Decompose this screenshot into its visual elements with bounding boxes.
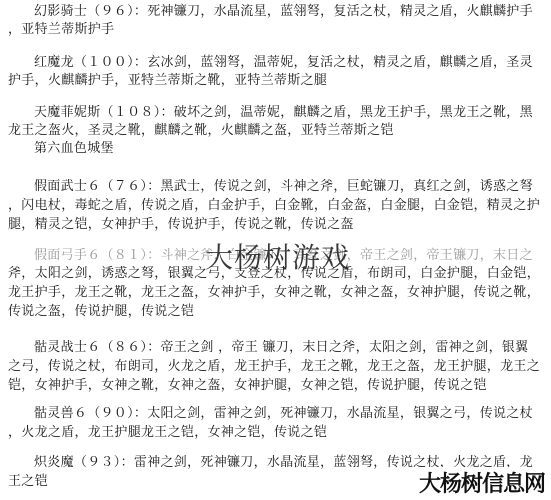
text-line: 假面武士６（７６）：黑武士，传说之剑，斗神之斧，巨蛇镰刀，真红之剑，诱惑之弩 bbox=[34, 177, 551, 196]
text-line: 幻影骑士（９６）：死神镰刀，水晶流星，蓝翎弩，复活之杖，精灵之盾，火麒麟护手 bbox=[34, 2, 551, 21]
text-line: ，亚特兰蒂斯护手 bbox=[8, 20, 548, 39]
text-line: 铠，女神护手，女神之靴，女神之盔，女神护腿，女神之铠，传说护腿，传说之铠 bbox=[8, 376, 548, 395]
text-line: 龙王护手，龙王之靴，龙王之盔，女神护手，女神之靴，女神之盔，女神护腿，传说之靴， bbox=[8, 283, 548, 302]
text-line: 腿，精灵之铠，女神护手，传说护手，传说之靴，传说之盔 bbox=[8, 215, 548, 234]
text-line: ，闪电杖，毒蛇之盾，传说之盾，白金护手，白金靴，白金盔，白金腿，白金铠，精灵之护 bbox=[8, 196, 548, 215]
center-watermark: 大杨树游戏 bbox=[205, 236, 350, 276]
text-line: ，火龙之盾，龙王护腿龙王之铠，女神之铠，传说之铠 bbox=[8, 423, 548, 442]
corner-watermark-logo: 大杨树信息网 bbox=[417, 467, 547, 498]
text-line: 龙王之盔火，圣灵之靴，麒麟之靴，火麒麟之盔，亚特兰蒂斯之铠 bbox=[8, 121, 548, 140]
section-heading: 第六血色城堡 bbox=[34, 139, 551, 158]
text-line: 骷灵兽６（９０）：太阳之剑，雷神之剑，死神镰刀，水晶流星，银翼之弓，传说之杖 bbox=[34, 404, 551, 423]
text-line: 传说之盔，传说护腿，传说之铠 bbox=[8, 302, 548, 321]
text-line: 之弓，传说之杖，布朗司，火龙之盾，龙王护手，龙王之靴，龙王之盔，龙王护腿，龙王之 bbox=[8, 357, 548, 376]
text-line: 骷灵战士６（８６）：帝王之剑 ，帝王 镰刀，末日之斧，太阳之剑，雷神之剑，银翼 bbox=[34, 338, 551, 357]
text-line: 红魔龙（１００）：玄冰剑，蓝翎弩，温蒂妮，复活之杖，精灵之盾，麒麟之盾，圣灵 bbox=[34, 53, 551, 72]
text-line: 天魔菲妮斯（１０８）：破坏之剑，温蒂妮，麒麟之盾，黑龙王护手，黑龙王之靴，黑 bbox=[34, 103, 551, 122]
text-line: 护手，火麒麟护手，亚特兰蒂斯之靴，亚特兰蒂斯之腿 bbox=[8, 71, 548, 90]
